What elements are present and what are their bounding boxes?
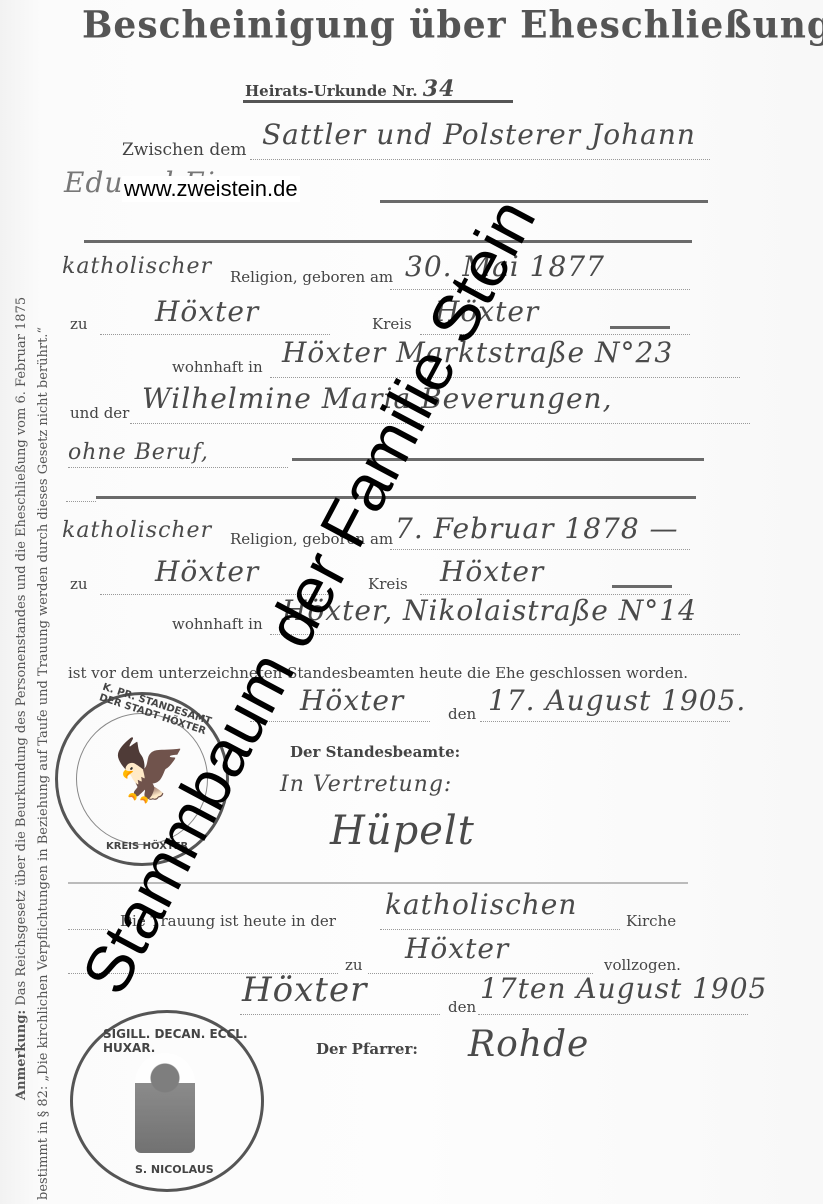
dash bbox=[610, 326, 670, 329]
fill-line bbox=[478, 1013, 748, 1015]
groom-birthplace: Höxter bbox=[155, 295, 259, 328]
document-title: Bescheinigung über Eheschließung. bbox=[82, 3, 823, 47]
bride-intro-label: und der bbox=[70, 404, 129, 422]
groom-religion-label: Religion, geboren am bbox=[230, 268, 393, 286]
church-date-label: den bbox=[448, 998, 476, 1016]
fill-line bbox=[66, 500, 96, 502]
pastor-signature: Rohde bbox=[468, 1024, 589, 1065]
certificate-page: Bescheinigung über Eheschließung. Heirat… bbox=[0, 0, 823, 1204]
groom-occupation-name: Sattler und Polsterer Johann bbox=[262, 118, 696, 151]
fill-line bbox=[480, 720, 730, 722]
church-denomination: katholischen bbox=[385, 888, 577, 921]
bride-religion: katholischer bbox=[62, 518, 212, 543]
fill-line bbox=[270, 376, 740, 378]
groom-birthplace-label: zu bbox=[70, 315, 88, 333]
bride-birthplace: Höxter bbox=[155, 555, 259, 588]
civil-signature-prefix: In Vertretung: bbox=[280, 772, 452, 797]
civil-date-label: den bbox=[448, 705, 476, 723]
blank-rule bbox=[380, 200, 708, 203]
watermark-url: www.zweistein.de bbox=[122, 176, 300, 202]
fill-line bbox=[250, 158, 710, 160]
groom-religion: katholischer bbox=[62, 254, 212, 279]
certificate-number: 34 bbox=[423, 76, 456, 102]
bride-district: Höxter bbox=[440, 555, 544, 588]
title-underline bbox=[243, 100, 513, 103]
fill-line bbox=[270, 633, 740, 635]
bride-occupation: ohne Beruf, bbox=[68, 440, 209, 465]
church-location: Höxter bbox=[405, 932, 509, 965]
side-note-line2: bestimmt in § 82: „Die kirchlichen Verpf… bbox=[36, 327, 51, 1200]
fill-line bbox=[240, 1013, 440, 1015]
fill-line bbox=[380, 928, 620, 930]
civil-official-label: Der Standesbeamte: bbox=[290, 743, 460, 761]
civil-place: Höxter bbox=[300, 684, 404, 717]
bride-birth-date: 7. Februar 1878 — bbox=[395, 512, 679, 545]
bishop-figure-icon bbox=[135, 1053, 195, 1153]
church-seal: SIGILL. DECAN. ECCL. HUXAR. S. NICOLAUS bbox=[70, 1010, 264, 1192]
certificate-number-label: Heirats-Urkunde Nr. 34 bbox=[245, 76, 455, 102]
civil-statement: ist vor dem unterzeichneten Standesbeamt… bbox=[68, 664, 688, 682]
groom-residence-label: wohnhaft in bbox=[172, 358, 263, 376]
church-seal-text-top: SIGILL. DECAN. ECCL. HUXAR. bbox=[103, 1027, 261, 1055]
civil-signature: Hüpelt bbox=[330, 808, 475, 854]
fill-line bbox=[68, 466, 288, 468]
fill-line bbox=[100, 333, 330, 335]
bride-district-label: Kreis bbox=[368, 575, 408, 593]
groom-intro-label: Zwischen dem bbox=[122, 140, 246, 160]
side-note-line1: Anmerkung: Das Reichsgesetz über die Beu… bbox=[14, 297, 29, 1100]
church-date: 17ten August 1905 bbox=[480, 972, 767, 1005]
church-label: Kirche bbox=[626, 912, 676, 930]
civil-date: 17. August 1905. bbox=[488, 684, 746, 717]
blank-rule bbox=[84, 240, 692, 243]
pastor-label: Der Pfarrer: bbox=[316, 1040, 418, 1058]
bride-birthplace-label: zu bbox=[70, 575, 88, 593]
fill-line bbox=[390, 548, 690, 550]
dash bbox=[612, 585, 672, 588]
church-place: Höxter bbox=[242, 970, 367, 1010]
church-seal-text-bottom: S. NICOLAUS bbox=[135, 1163, 214, 1176]
